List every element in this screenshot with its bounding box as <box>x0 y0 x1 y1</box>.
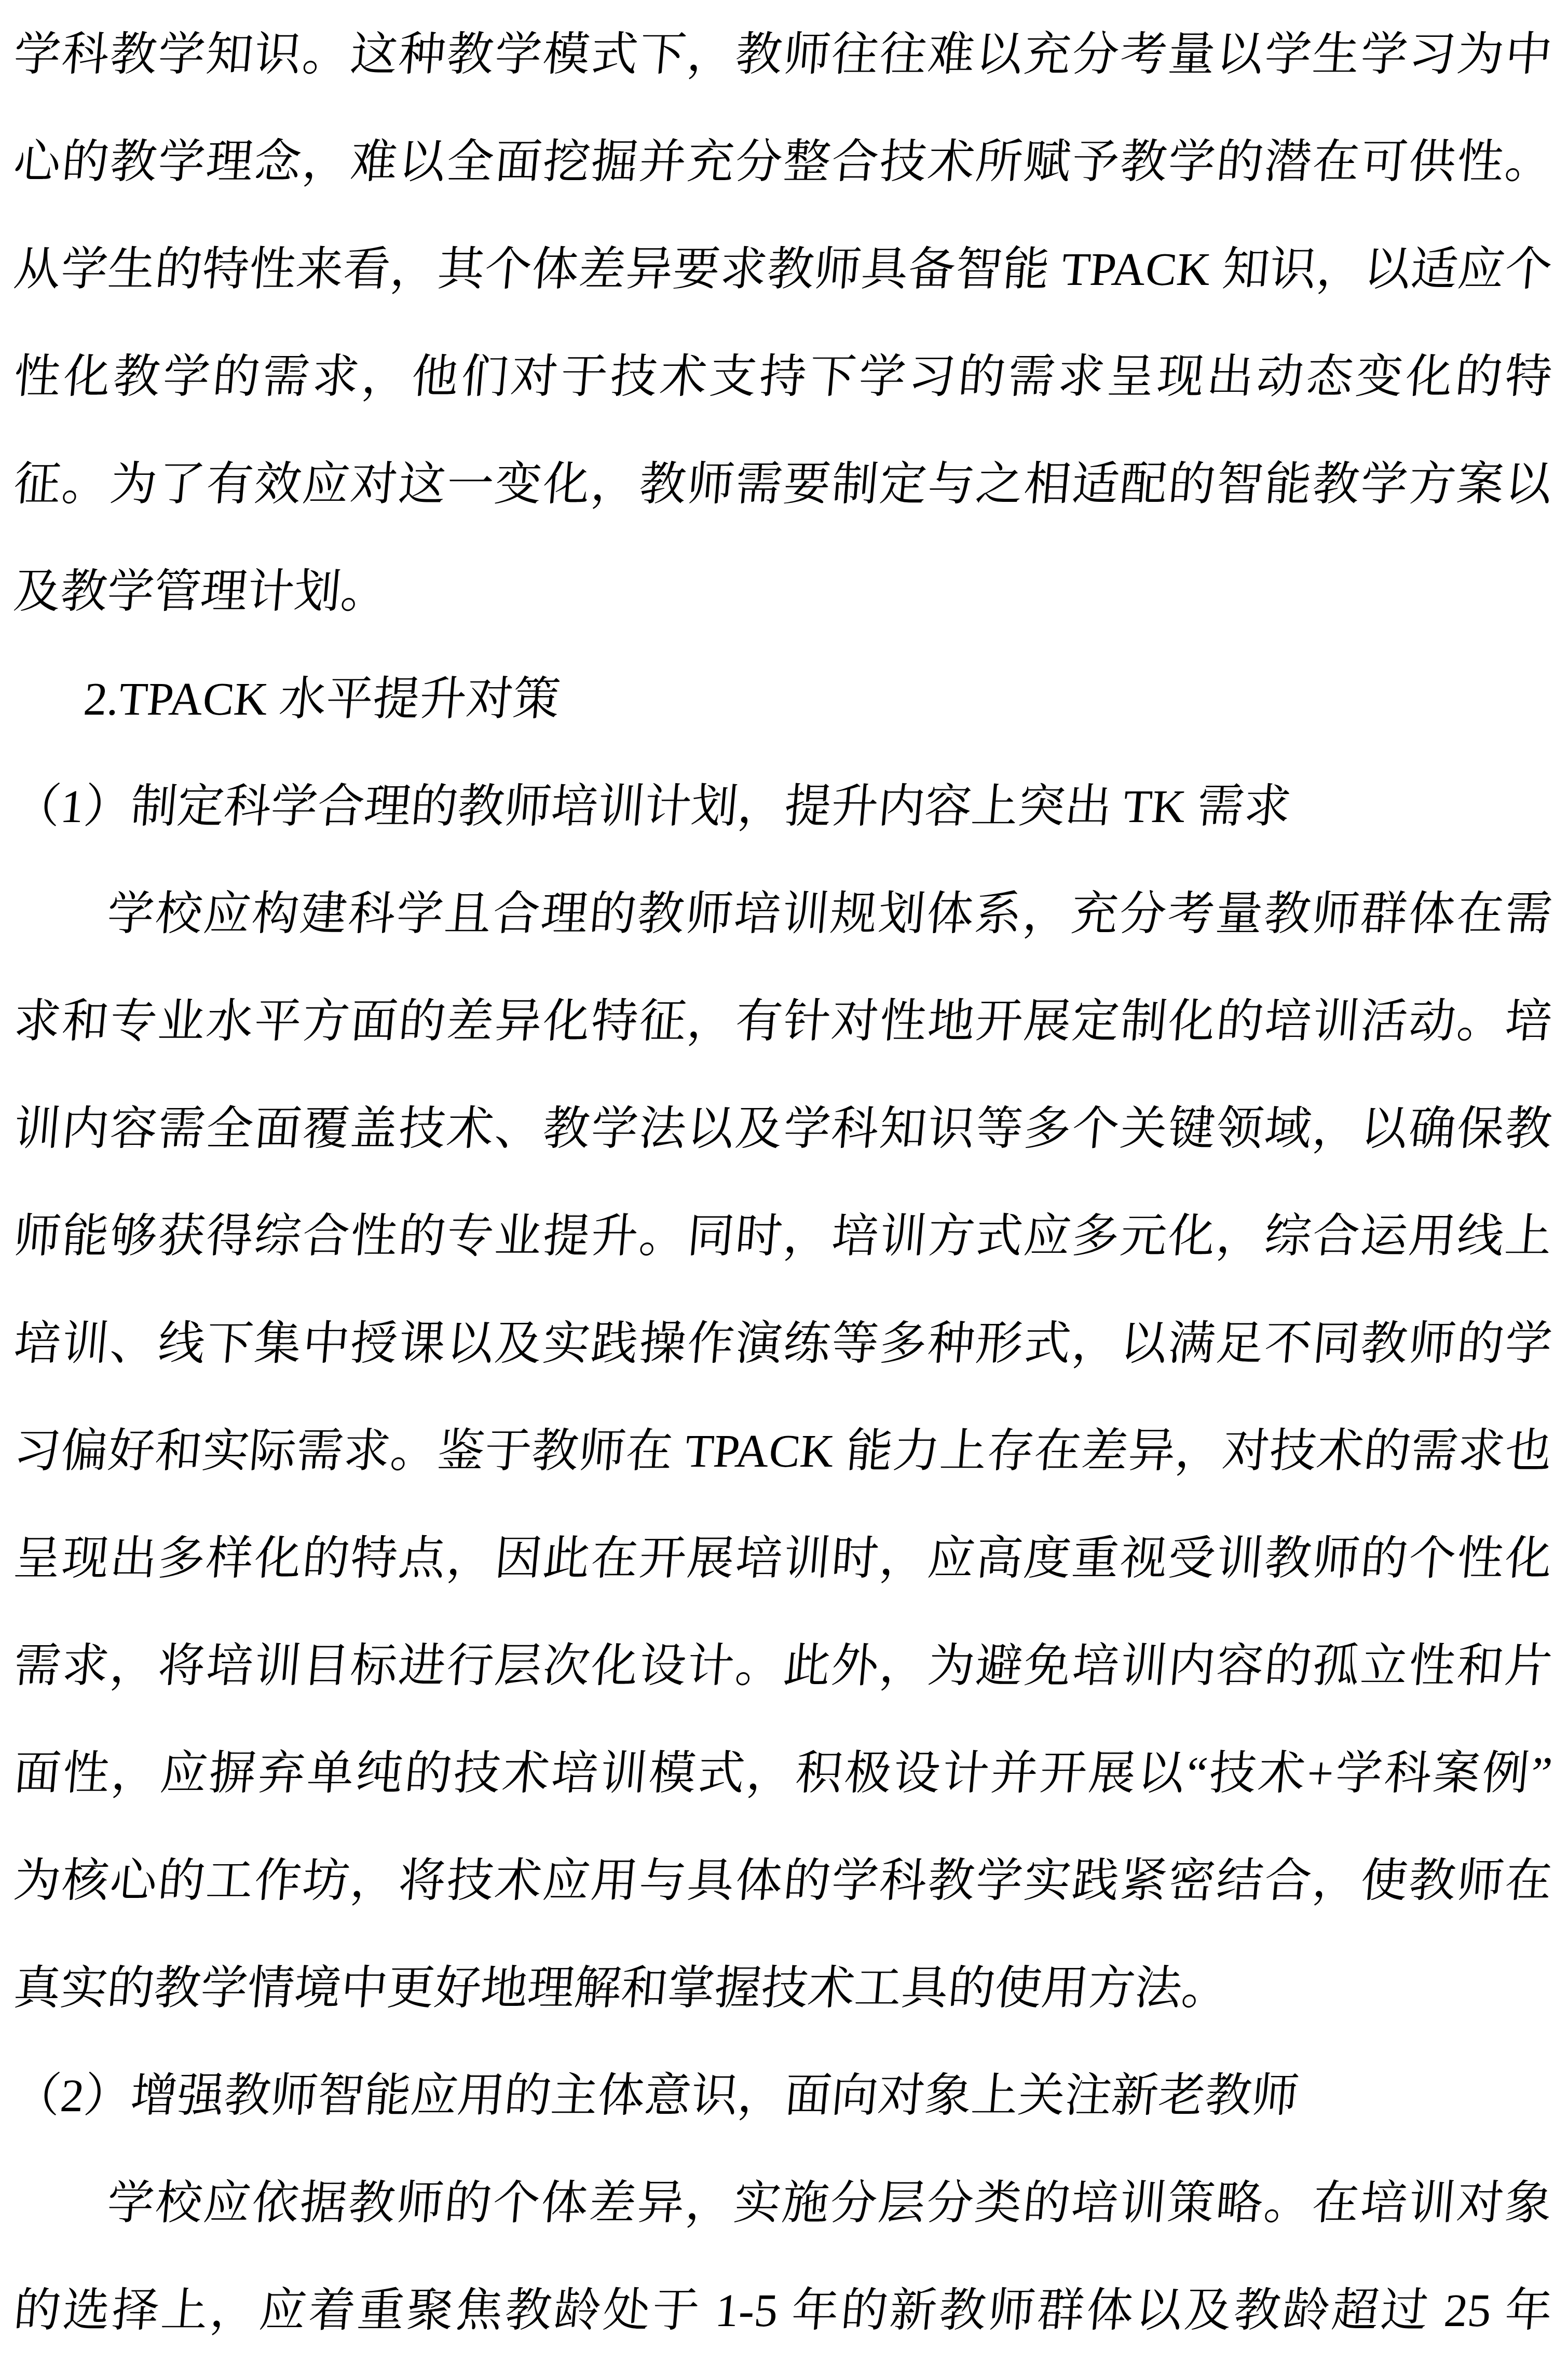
subsection-heading-line: （1）制定科学合理的教师培训计划，提升内容上突出 TK 需求 <box>9 753 1557 860</box>
body-text-line: 师能够获得综合性的专业提升。同时，培训方式应多元化，综合运用线上 <box>9 1183 1557 1290</box>
body-text-line: 面性，应摒弃单纯的技术培训模式，积极设计并开展以“技术+学科案例” <box>9 1720 1557 1827</box>
body-text-line: 从学生的特性来看，其个体差异要求教师具备智能 TPACK 知识，以适应个 <box>9 216 1557 323</box>
body-text-line: 的选择上，应着重聚焦教龄处于 1-5 年的新教师群体以及教龄超过 25 年 <box>9 2257 1557 2364</box>
body-text-line: 需求，将培训目标进行层次化设计。此外，为避免培训内容的孤立性和片 <box>9 1612 1557 1720</box>
body-text-line: 学校应依据教师的个体差异，实施分层分类的培训策略。在培训对象 <box>9 2150 1557 2257</box>
body-text-line: 呈现出多样化的特点，因此在开展培训时，应高度重视受训教师的个性化 <box>9 1505 1557 1612</box>
body-text-line: 学校应构建科学且合理的教师培训规划体系，充分考量教师群体在需 <box>9 860 1557 968</box>
body-text-line: 性化教学的需求，他们对于技术支持下学习的需求呈现出动态变化的特 <box>9 323 1557 431</box>
document-page: 学科教学知识。这种教学模式下，教师往往难以充分考量以学生学习为中 心的教学理念，… <box>0 0 1568 2365</box>
subsection-heading-line: （2）增强教师智能应用的主体意识，面向对象上关注新老教师 <box>9 2042 1557 2150</box>
body-text-line: 真实的教学情境中更好地理解和掌握技术工具的使用方法。 <box>9 1935 1557 2042</box>
section-heading-line: 2.TPACK 水平提升对策 <box>9 646 1557 753</box>
body-text-line: 心的教学理念，难以全面挖掘并充分整合技术所赋予教学的潜在可供性。 <box>9 108 1557 216</box>
body-text-line: 征。为了有效应对这一变化，教师需要制定与之相适配的智能教学方案以 <box>9 431 1557 538</box>
body-text-line: 求和专业水平方面的差异化特征，有针对性地开展定制化的培训活动。培 <box>9 968 1557 1075</box>
body-text-line: 训内容需全面覆盖技术、教学法以及学科知识等多个关键领域，以确保教 <box>9 1075 1557 1183</box>
body-text-line: 培训、线下集中授课以及实践操作演练等多种形式，以满足不同教师的学 <box>9 1290 1557 1398</box>
body-text-line: 习偏好和实际需求。鉴于教师在 TPACK 能力上存在差异，对技术的需求也 <box>9 1398 1557 1505</box>
body-text-line: 及教学管理计划。 <box>9 538 1557 646</box>
body-text-line: 学科教学知识。这种教学模式下，教师往往难以充分考量以学生学习为中 <box>9 1 1557 108</box>
body-text-line: 为核心的工作坊，将技术应用与具体的学科教学实践紧密结合，使教师在 <box>9 1827 1557 1935</box>
